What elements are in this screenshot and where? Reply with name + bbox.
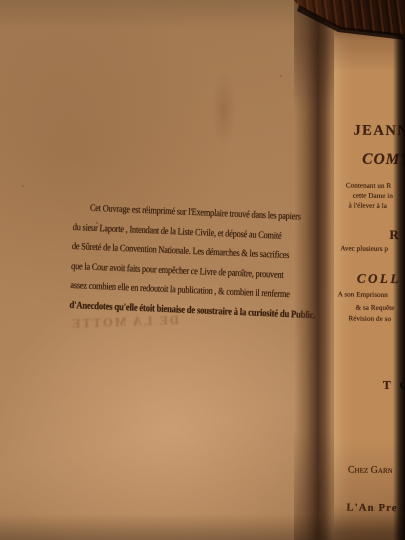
book-photo: DE LA MOTTE Cet Ouvrage est réimprimé su… bbox=[0, 0, 405, 540]
contenant-line: cette Dame in bbox=[353, 192, 393, 200]
emprisonnement-line: & sa Requête bbox=[356, 304, 395, 312]
emprisonnement-line: A son Emprisonn bbox=[338, 290, 388, 299]
avec-line: Avec plusieurs p bbox=[340, 244, 388, 252]
year-line: L'An Pre bbox=[346, 503, 397, 515]
contenant-line: Contenant un R bbox=[346, 181, 391, 189]
contenant-line: à l'élever à la bbox=[349, 202, 387, 210]
publisher-line: Chez Garn bbox=[348, 465, 393, 476]
title-page-text: JEANNE COMT Contenant un R cette Dame in… bbox=[0, 0, 405, 540]
emprisonnement-line: Révision de so bbox=[348, 315, 391, 323]
page-block-edge-shadow bbox=[393, 0, 405, 540]
